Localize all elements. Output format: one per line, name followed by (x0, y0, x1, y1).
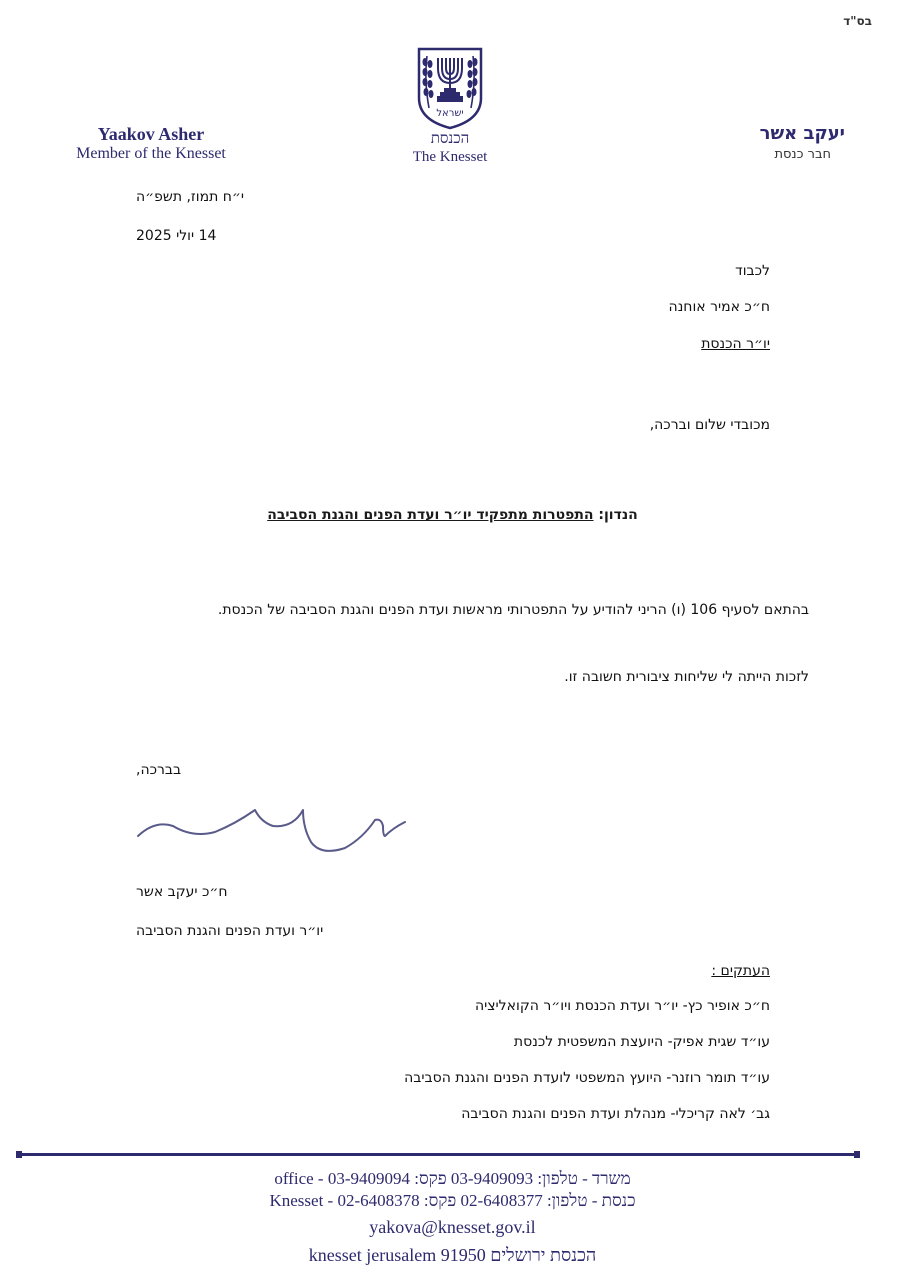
office-label-en: office - (274, 1169, 323, 1188)
office-phones: משרד - טלפון: 03-9409093 פקס: 03-9409094 (328, 1169, 631, 1188)
recipient-name: ח״כ אמיר אוחנה (669, 298, 770, 316)
copies-heading: העתקים : (711, 962, 770, 980)
english-name: Yaakov Asher (66, 124, 236, 144)
subject-text: התפטרות מתפקיד יו״ר ועדת הפנים והגנת הסב… (267, 507, 593, 523)
hebrew-name: יעקב אשר (725, 122, 845, 146)
address-he: הכנסת ירושלים (490, 1245, 596, 1265)
footer-office-line: office - משרד - טלפון: 03-9409093 פקס: 0… (0, 1168, 905, 1190)
sign-off: בברכה, (136, 761, 181, 779)
footer-divider (17, 1153, 859, 1156)
copies-item: עו״ד תומר רוזנר- היועץ המשפטי לועדת הפני… (404, 1069, 770, 1087)
hebrew-letterhead: יעקב אשר חבר כנסת (725, 122, 845, 164)
copies-item: גב׳ לאה קריכלי- מנהלת ועדת הפנים והגנת ה… (461, 1105, 770, 1123)
subject-line: הנדון: התפטרות מתפקיד יו״ר ועדת הפנים וה… (0, 507, 905, 523)
copies-item: עו״ד שגית אפיק- היועצת המשפטית לכנסת (514, 1033, 770, 1051)
subject-label: הנדון: (598, 507, 637, 523)
footer-address-line: knesset jerusalem 91950 הכנסת ירושלים (0, 1244, 905, 1266)
svg-text:ישראל: ישראל (436, 108, 463, 119)
knesset-english: The Knesset (400, 148, 500, 166)
english-title: Member of the Knesset (66, 144, 236, 164)
handwritten-signature-icon (135, 798, 415, 858)
knesset-label: הכנסת The Knesset (400, 130, 500, 166)
greeting: מכובדי שלום וברכה, (650, 416, 770, 434)
hebrew-date: י״ח תמוז, תשפ״ה (136, 188, 244, 206)
footer-email-line: yakova@knesset.gov.il (0, 1216, 905, 1238)
address-en: knesset jerusalem 91950 (309, 1245, 486, 1265)
hebrew-title: חבר כנסת (725, 146, 845, 164)
knesset-phones: כנסת - טלפון: 02-6408377 פקס: 02-6408378 (337, 1191, 635, 1210)
gregorian-date: 14 יולי 2025 (136, 227, 216, 245)
recipient-salutation: לכבוד (735, 262, 770, 280)
knesset-hebrew: הכנסת (400, 130, 500, 148)
body-paragraph-2: לזכות הייתה לי שליחות ציבורית חשובה זו. (129, 668, 809, 686)
footer-email[interactable]: yakova@knesset.gov.il (369, 1217, 535, 1237)
signer-title: יו״ר ועדת הפנים והגנת הסביבה (136, 922, 323, 940)
signer-name: ח״כ יעקב אשר (136, 883, 228, 901)
body-paragraph-1: בהתאם לסעיף 106 (ו) הריני להודיע על התפט… (129, 597, 809, 623)
copies-item: ח״כ אופיר כץ- יו״ר ועדת הכנסת ויו״ר הקוא… (475, 997, 770, 1015)
footer-knesset-line: Knesset - כנסת - טלפון: 02-6408377 פקס: … (0, 1190, 905, 1212)
english-letterhead: Yaakov Asher Member of the Knesset (66, 124, 236, 164)
knesset-menorah-emblem-icon: ישראל (415, 46, 485, 130)
recipient-title: יו״ר הכנסת (701, 335, 770, 353)
bsd-mark: בס"ד (843, 14, 872, 28)
knesset-label-en: Knesset - (269, 1191, 333, 1210)
